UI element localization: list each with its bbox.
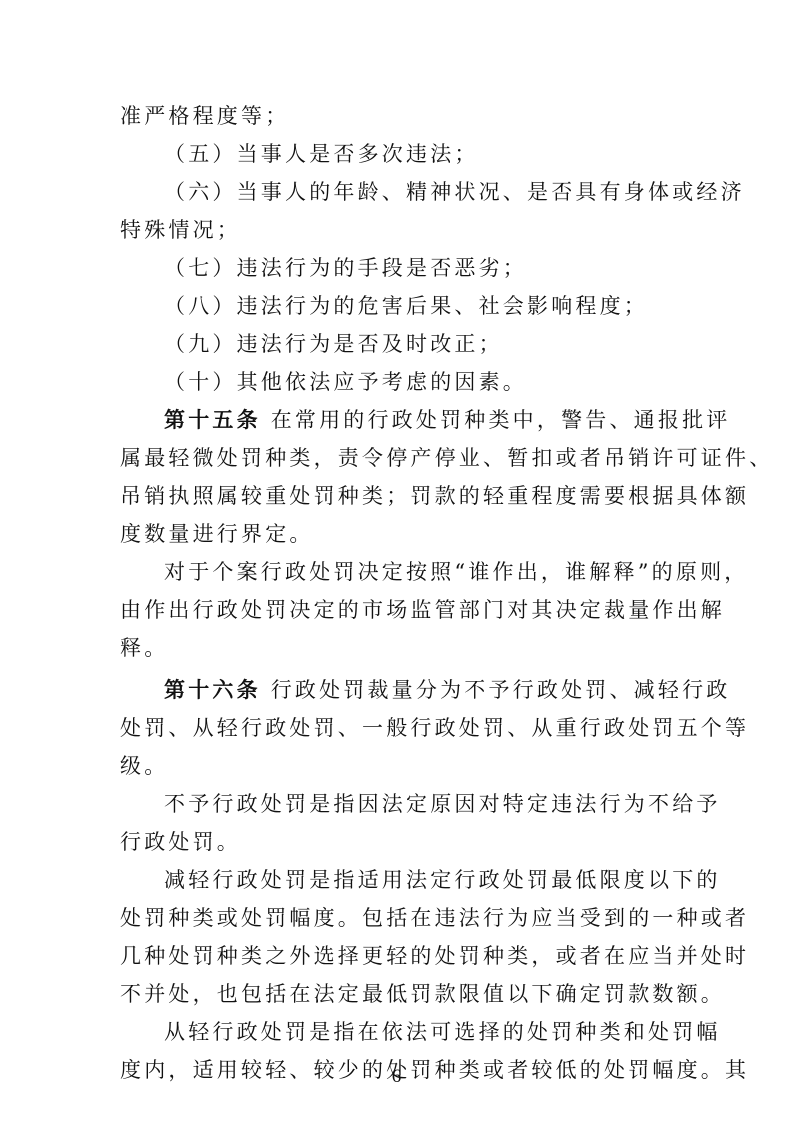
text-line: 不予行政处罚是指因法定原因对特定违法行为不给予	[164, 786, 721, 822]
text-line: 对于个案行政处罚决定按照“谁作出，谁解释”的原则，	[164, 554, 748, 590]
article-16-text: 行政处罚裁量分为不予行政处罚、减轻行政	[261, 678, 731, 702]
list-item-6: （六）当事人的年龄、精神状况、是否具有身体或经济	[164, 174, 745, 210]
text-line: 从轻行政处罚是指在依法可选择的处罚种类和处罚幅	[164, 1014, 721, 1050]
article-15-text: 在常用的行政处罚种类中，警告、通报批评	[261, 408, 731, 432]
article-15-heading: 第十五条	[164, 407, 261, 432]
text-line: 减轻行政处罚是指适用法定行政处罚最低限度以下的	[164, 862, 721, 898]
text-line: 行政处罚。	[120, 824, 241, 860]
text-line: 吊销执照属较重处罚种类；罚款的轻重程度需要根据具体额	[120, 478, 749, 514]
text-line: 不并处，也包括在法定最低罚款限值以下确定罚款数额。	[120, 976, 725, 1012]
text-line: 准严格程度等；	[120, 98, 289, 134]
text-line: 度数量进行界定。	[120, 516, 314, 552]
text-line: 级。	[120, 748, 168, 784]
text-line: 几种处罚种类之外选择更轻的处罚种类，或者在应当并处时	[120, 938, 749, 974]
text-line: 属最轻微处罚种类，责令停产停业、暂扣或者吊销许可证件、	[120, 440, 773, 476]
text-line: 处罚、从轻行政处罚、一般行政处罚、从重行政处罚五个等	[120, 710, 749, 746]
article-15-first-line: 第十五条 在常用的行政处罚种类中，警告、通报批评	[164, 402, 731, 438]
list-item-10: （十）其他依法应予考虑的因素。	[164, 364, 527, 400]
article-16-heading: 第十六条	[164, 677, 261, 702]
page-number: 6	[0, 1066, 793, 1088]
text-line: 由作出行政处罚决定的市场监管部门对其决定裁量作出解	[120, 592, 725, 628]
text-line: 处罚种类或处罚幅度。包括在违法行为应当受到的一种或者	[120, 900, 749, 936]
text-line: 特殊情况；	[120, 212, 241, 248]
article-16-first-line: 第十六条 行政处罚裁量分为不予行政处罚、减轻行政	[164, 672, 731, 708]
text-line: 释。	[120, 630, 168, 666]
list-item-9: （九）违法行为是否及时改正；	[164, 326, 503, 362]
list-item-5: （五）当事人是否多次违法；	[164, 136, 479, 172]
list-item-8: （八）违法行为的危害后果、社会影响程度；	[164, 288, 648, 324]
list-item-7: （七）违法行为的手段是否恶劣；	[164, 250, 527, 286]
